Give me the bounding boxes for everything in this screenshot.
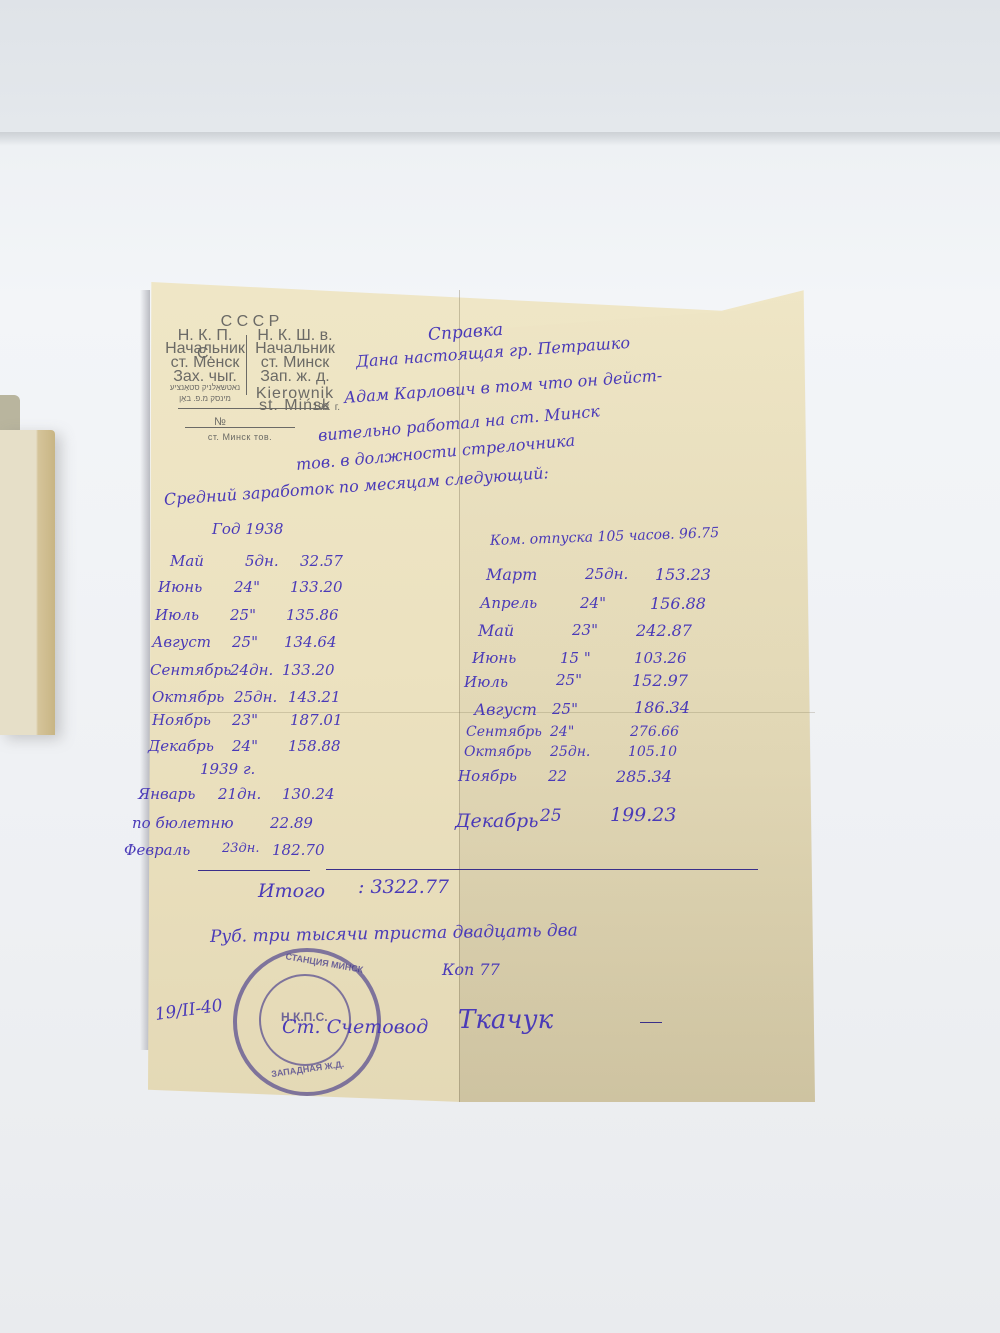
left-amount-1: 133.20: [290, 578, 343, 596]
left-days-6: 23": [232, 711, 258, 729]
left2-month-1: по бюлетню: [132, 814, 234, 832]
left2-days-0: 21дн.: [218, 785, 261, 803]
right-month-7: Октябрь: [464, 744, 532, 760]
left-month-2: Июль: [155, 606, 199, 624]
right-days-9: 25: [540, 806, 562, 826]
left-days-5: 25дн.: [234, 688, 277, 706]
wall-edge: [0, 132, 1000, 146]
letterhead-yiddish-2: מינסק מ.פ. באַן: [165, 394, 245, 403]
right-month-1: Апрель: [480, 594, 537, 612]
signature-flourish: [640, 1022, 662, 1023]
right-month-2: Май: [478, 621, 514, 640]
letterhead-date-field: 193 г.: [270, 402, 340, 413]
left-days-2: 25": [230, 606, 256, 624]
right-month-6: Сентябрь: [466, 724, 542, 740]
left-amount-7: 158.88: [288, 737, 341, 755]
left-amount-2: 135.86: [286, 606, 339, 624]
left-amount-6: 187.01: [290, 711, 343, 729]
right-days-0: 25дн.: [585, 565, 628, 583]
right-month-8: Ноябрь: [458, 767, 517, 785]
right-amount-5: 186.34: [634, 698, 690, 717]
left-month-4: Сентябрь: [150, 661, 231, 679]
letterhead-number-line: [185, 427, 295, 428]
left-days-0: 5дн.: [245, 552, 279, 570]
left-days-1: 24": [234, 578, 260, 596]
total-value: : 3322.77: [358, 876, 449, 898]
right-month-4: Июль: [464, 673, 508, 691]
right-month-9: Декабрь: [455, 810, 538, 832]
left-amount-5: 143.21: [288, 688, 341, 706]
total-kopecks: Коп 77: [442, 960, 500, 979]
left-month-5: Октябрь: [152, 688, 224, 706]
left2-month-0: Январь: [138, 785, 195, 803]
signature: Ткачук: [458, 1005, 553, 1035]
left2-days-2: 23дн.: [222, 841, 259, 856]
right-month-0: Март: [486, 565, 537, 584]
right-days-2: 23": [572, 621, 598, 639]
total-separator-left: [198, 870, 310, 871]
right-amount-0: 153.23: [655, 565, 711, 584]
left2-month-2: Февраль: [124, 841, 190, 859]
right-amount-3: 103.26: [634, 649, 687, 667]
left2-amount-0: 130.24: [282, 785, 335, 803]
right-days-8: 22: [548, 767, 567, 785]
right-amount-2: 242.87: [636, 621, 692, 640]
left-month-3: Август: [152, 633, 211, 651]
right-amount-1: 156.88: [650, 594, 706, 613]
left-days-3: 25": [232, 633, 258, 651]
letterhead-right-railway: Зап. ж. д.: [255, 368, 335, 386]
document-paper-right-half: [459, 282, 815, 1102]
year-1939-label: 1939 г.: [200, 760, 255, 778]
booklet: [0, 430, 55, 735]
total-label: Итого: [258, 880, 325, 902]
left-month-7: Декабрь: [148, 737, 214, 755]
paper-shadow: [140, 290, 150, 1050]
left-days-7: 24": [232, 737, 258, 755]
year-1938-label: Год 1938: [212, 520, 283, 538]
letterhead-yiddish-1: נאטשאַלניק סטאַנציע: [165, 383, 245, 392]
right-days-3: 15 ": [560, 649, 591, 667]
right-amount-4: 152.97: [632, 671, 688, 690]
right-days-4: 25": [556, 671, 582, 689]
right-amount-9: 199.23: [610, 804, 676, 826]
left2-amount-1: 22.89: [270, 814, 313, 832]
left-amount-4: 133.20: [282, 661, 335, 679]
right-days-6: 24": [550, 724, 574, 740]
vertical-fold: [459, 290, 460, 1102]
left-month-6: Ноябрь: [152, 711, 211, 729]
right-amount-8: 285.34: [616, 767, 672, 786]
right-days-7: 25дн.: [550, 744, 590, 760]
left2-amount-2: 182.70: [272, 841, 325, 859]
right-days-1: 24": [580, 594, 606, 612]
left-amount-0: 32.57: [300, 552, 343, 570]
left-amount-3: 134.64: [284, 633, 337, 651]
right-month-5: Август: [474, 700, 537, 719]
letterhead-divider: [246, 335, 247, 395]
right-month-3: Июнь: [472, 649, 516, 667]
letterhead-footer: ст. Минск тов.: [180, 432, 300, 442]
left-month-0: Май: [170, 552, 204, 570]
right-amount-7: 105.10: [628, 744, 677, 760]
left-month-1: Июнь: [158, 578, 202, 596]
signatory-title: Ст. Счетовод: [282, 1016, 428, 1038]
right-amount-6: 276.66: [630, 724, 679, 740]
total-separator-right: [326, 869, 758, 870]
left-days-4: 24дн.: [230, 661, 273, 679]
right-days-5: 25": [552, 700, 578, 718]
